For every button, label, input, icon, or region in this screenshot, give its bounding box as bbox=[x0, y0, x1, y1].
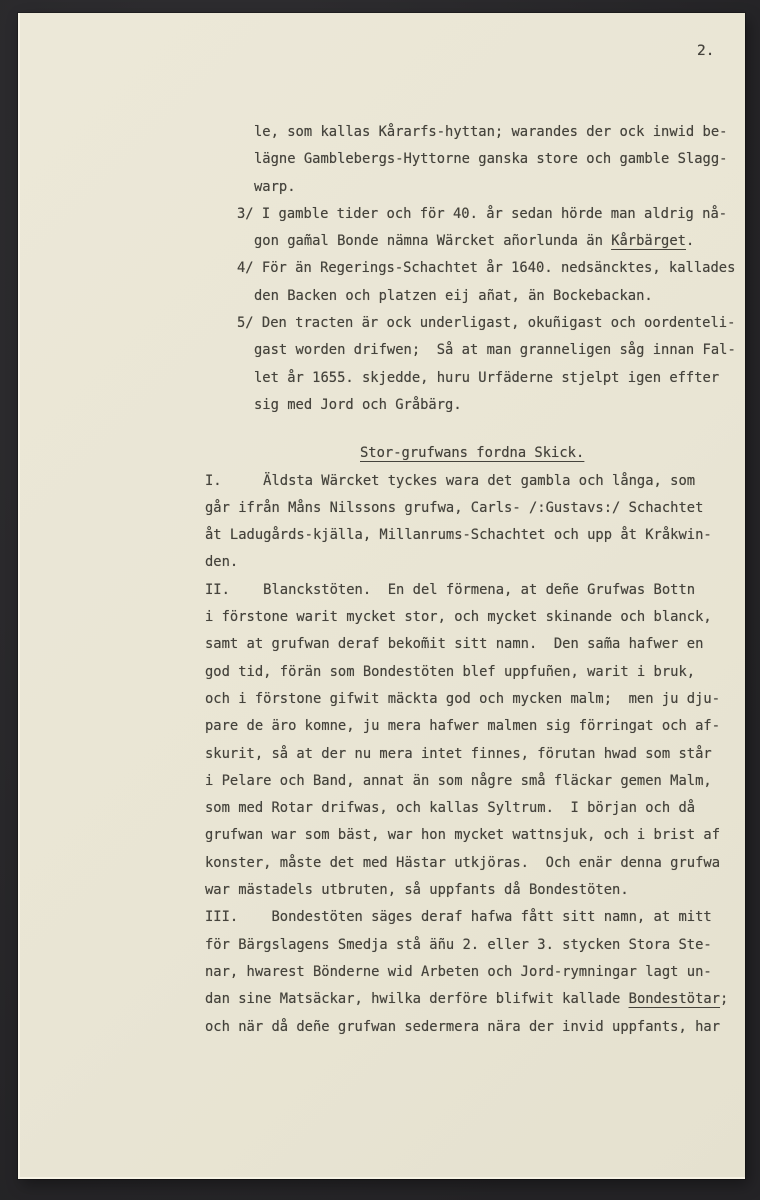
text-span: den Backen och platzen eij añat, än Bock… bbox=[254, 288, 653, 304]
text-span: le, som kallas Kårarfs-hyttan; warandes … bbox=[254, 124, 727, 140]
text-span: i Pelare och Band, annat än som någre sm… bbox=[205, 773, 712, 789]
text-span: gast worden drifwen; Så at man grannelig… bbox=[254, 342, 736, 358]
document-page: 2. le, som kallas Kårarfs-hyttan; warand… bbox=[18, 13, 745, 1179]
text-line: III. Bondestöten säges deraf hafwa fått … bbox=[205, 904, 745, 931]
text-line: dan sine Matsäckar, hwilka derföre blifw… bbox=[205, 986, 745, 1013]
text-span: sig med Jord och Gråbärg. bbox=[254, 397, 462, 413]
text-span: pare de äro komne, ju mera hafwer malmen… bbox=[205, 718, 720, 734]
section-heading: Stor-grufwans fordna Skick. bbox=[360, 440, 745, 467]
text-span: samt at grufwan deraf bekom̃it sitt namn… bbox=[205, 636, 703, 652]
text-span: ; bbox=[720, 991, 728, 1007]
text-line: lägne Gamblebergs-Hyttorne ganska store … bbox=[254, 146, 745, 173]
text-line: sig med Jord och Gråbärg. bbox=[254, 392, 745, 419]
text-span: lägne Gamblebergs-Hyttorne ganska store … bbox=[254, 151, 727, 167]
text-span: 4/ För än Regerings-Schachtet år 1640. n… bbox=[237, 260, 735, 276]
text-line: i förstone warit mycket stor, och mycket… bbox=[205, 604, 745, 631]
text-line: den Backen och platzen eij añat, än Bock… bbox=[254, 283, 745, 310]
text-span: gon gam̃al Bonde nämna Wärcket añorlunda… bbox=[254, 233, 611, 249]
text-line: gast worden drifwen; Så at man grannelig… bbox=[254, 337, 745, 364]
text-span: let år 1655. skjedde, huru Urfäderne stj… bbox=[254, 370, 719, 386]
document-text-block: le, som kallas Kårarfs-hyttan; warandes … bbox=[20, 119, 745, 1041]
text-span: warp. bbox=[254, 179, 296, 195]
underlined-text: Stor-grufwans fordna Skick. bbox=[360, 445, 584, 461]
text-line: går ifrån Måns Nilssons grufwa, Carls- /… bbox=[205, 495, 745, 522]
text-line: II. Blanckstöten. En del förmena, at deñ… bbox=[205, 577, 745, 604]
text-line: åt Ladugårds-kjälla, Millanrums-Schachte… bbox=[205, 522, 745, 549]
text-span: och när då deñe grufwan sedermera nära d… bbox=[205, 1019, 720, 1035]
text-span: I. Äldsta Wärcket tyckes wara det gambla… bbox=[205, 473, 695, 489]
underlined-text: Kårbärget bbox=[611, 233, 686, 249]
text-line: den. bbox=[205, 549, 745, 576]
text-line: let år 1655. skjedde, huru Urfäderne stj… bbox=[254, 365, 745, 392]
text-line: skurit, så at der nu mera intet finnes, … bbox=[205, 741, 745, 768]
text-line: grufwan war som bäst, war hon mycket wat… bbox=[205, 822, 745, 849]
text-span: och i förstone gifwit mäckta god och myc… bbox=[205, 691, 720, 707]
text-line: i Pelare och Band, annat än som någre sm… bbox=[205, 768, 745, 795]
text-line: för Bärgslagens Smedja stå äñu 2. eller … bbox=[205, 932, 745, 959]
text-line: 4/ För än Regerings-Schachtet år 1640. n… bbox=[237, 255, 745, 282]
text-span: skurit, så at der nu mera intet finnes, … bbox=[205, 746, 712, 762]
text-span: 5/ Den tracten är ock underligast, okuñi… bbox=[237, 315, 735, 331]
text-span: dan sine Matsäckar, hwilka derföre blifw… bbox=[205, 991, 629, 1007]
text-line: som med Rotar drifwas, och kallas Syltru… bbox=[205, 795, 745, 822]
text-line: I. Äldsta Wärcket tyckes wara det gambla… bbox=[205, 468, 745, 495]
text-line: och när då deñe grufwan sedermera nära d… bbox=[205, 1014, 745, 1041]
text-span: II. Blanckstöten. En del förmena, at deñ… bbox=[205, 582, 695, 598]
text-span: god tid, förän som Bondestöten blef uppf… bbox=[205, 664, 695, 680]
text-line: samt at grufwan deraf bekom̃it sitt namn… bbox=[205, 631, 745, 658]
text-line: pare de äro komne, ju mera hafwer malmen… bbox=[205, 713, 745, 740]
text-line: och i förstone gifwit mäckta god och myc… bbox=[205, 686, 745, 713]
text-span: war mästadels utbruten, så uppfants då B… bbox=[205, 882, 629, 898]
text-line: le, som kallas Kårarfs-hyttan; warandes … bbox=[254, 119, 745, 146]
text-span: går ifrån Måns Nilssons grufwa, Carls- /… bbox=[205, 500, 703, 516]
text-span: 3/ I gamble tider och för 40. år sedan h… bbox=[237, 206, 727, 222]
text-line: konster, måste det med Hästar utkjöras. … bbox=[205, 850, 745, 877]
text-span: nar, hwarest Bönderne wid Arbeten och Jo… bbox=[205, 964, 712, 980]
text-line: gon gam̃al Bonde nämna Wärcket añorlunda… bbox=[254, 228, 745, 255]
text-span: för Bärgslagens Smedja stå äñu 2. eller … bbox=[205, 937, 712, 953]
page-number: 2. bbox=[697, 43, 714, 59]
text-span: som med Rotar drifwas, och kallas Syltru… bbox=[205, 800, 695, 816]
text-span: . bbox=[686, 233, 694, 249]
text-line: war mästadels utbruten, så uppfants då B… bbox=[205, 877, 745, 904]
text-span: konster, måste det med Hästar utkjöras. … bbox=[205, 855, 720, 871]
text-line: warp. bbox=[254, 174, 745, 201]
text-span: III. Bondestöten säges deraf hafwa fått … bbox=[205, 909, 712, 925]
underlined-text: Bondestötar bbox=[629, 991, 720, 1007]
text-line: 3/ I gamble tider och för 40. år sedan h… bbox=[237, 201, 745, 228]
text-span: i förstone warit mycket stor, och mycket… bbox=[205, 609, 712, 625]
text-line: 5/ Den tracten är ock underligast, okuñi… bbox=[237, 310, 745, 337]
text-line: nar, hwarest Bönderne wid Arbeten och Jo… bbox=[205, 959, 745, 986]
text-span: åt Ladugårds-kjälla, Millanrums-Schachte… bbox=[205, 527, 712, 543]
text-span: den. bbox=[205, 554, 238, 570]
text-line: god tid, förän som Bondestöten blef uppf… bbox=[205, 659, 745, 686]
text-span: grufwan war som bäst, war hon mycket wat… bbox=[205, 827, 720, 843]
